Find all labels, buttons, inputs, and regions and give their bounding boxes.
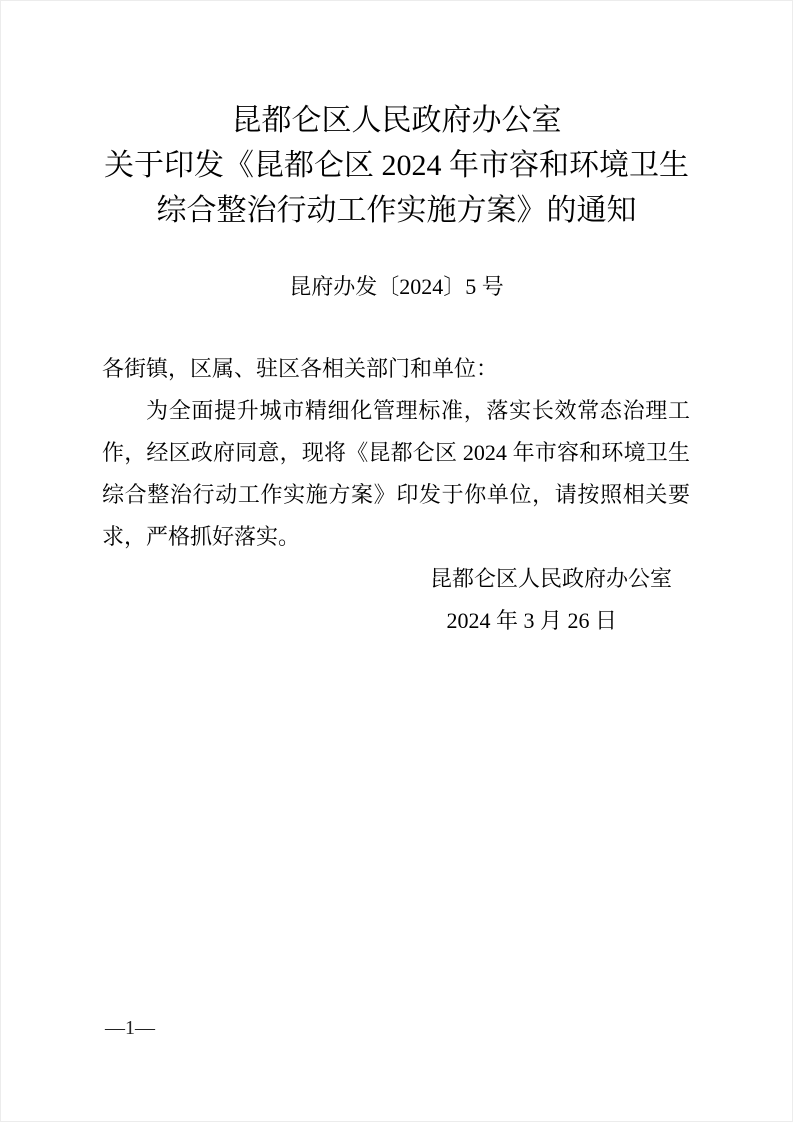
document-body: 各街镇，区属、驻区各相关部门和单位： 为全面提升城市精细化管理标准，落实长效常态… xyxy=(102,348,690,642)
document-number: 昆府办发〔2024〕5 号 xyxy=(0,272,793,302)
body-paragraph: 为全面提升城市精细化管理标准，落实长效常态治理工作，经区政府同意，现将《昆都仑区… xyxy=(102,390,690,558)
title-line-org: 昆都仑区人民政府办公室 xyxy=(0,98,793,143)
document-title: 昆都仑区人民政府办公室 关于印发《昆都仑区 2024 年市容和环境卫生 综合整治… xyxy=(0,0,793,233)
signature-date: 2024 年 3 月 26 日 xyxy=(102,600,690,642)
title-line-subject-1: 关于印发《昆都仑区 2024 年市容和环境卫生 xyxy=(0,143,793,188)
salutation-line: 各街镇，区属、驻区各相关部门和单位： xyxy=(102,348,690,390)
signature-org: 昆都仑区人民政府办公室 xyxy=(102,558,690,600)
page-number: —1— xyxy=(105,1017,155,1039)
title-line-subject-2: 综合整治行动工作实施方案》的通知 xyxy=(0,188,793,233)
document-page: 昆都仑区人民政府办公室 关于印发《昆都仑区 2024 年市容和环境卫生 综合整治… xyxy=(0,0,793,1122)
